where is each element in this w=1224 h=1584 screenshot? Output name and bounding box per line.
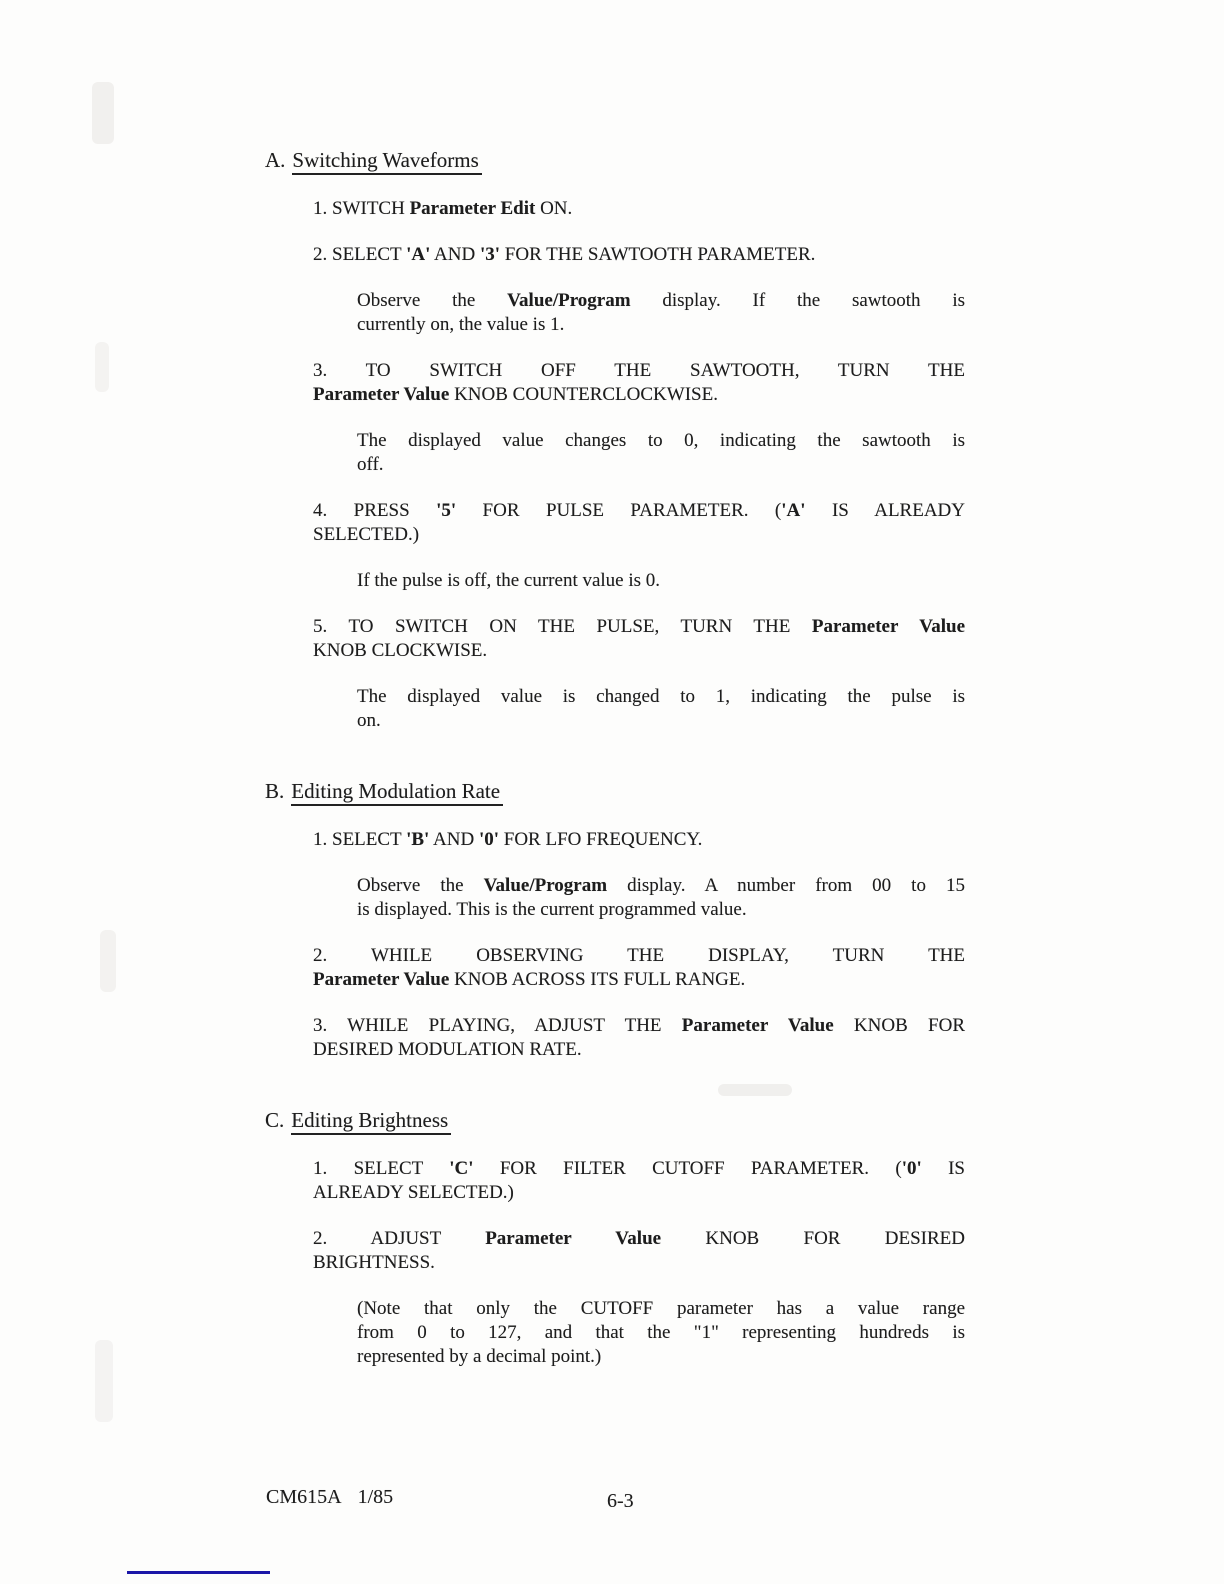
text-line: SELECTED.) bbox=[313, 523, 965, 547]
section-c-heading: C.Editing Brightness bbox=[265, 1107, 965, 1133]
bottom-accent-line bbox=[127, 1571, 270, 1574]
text-segment: display. A number from 00 to 15 bbox=[607, 875, 965, 896]
text-segment: 2. WHILE OBSERVING THE DISPLAY, TURN THE bbox=[313, 945, 965, 966]
text-segment: BRIGHTNESS. bbox=[313, 1252, 435, 1273]
text-segment: FOR PULSE PARAMETER. ( bbox=[456, 500, 781, 521]
text-line: Parameter Value KNOB ACROSS ITS FULL RAN… bbox=[313, 968, 965, 992]
text-line: off. bbox=[357, 453, 965, 477]
section-b-title: Editing Modulation Rate bbox=[291, 779, 503, 806]
section-c-step-1: 1. SELECT 'C' FOR FILTER CUTOFF PARAMETE… bbox=[313, 1157, 965, 1205]
text-segment: display. If the sawtooth is bbox=[631, 290, 965, 311]
scan-artifact bbox=[95, 1340, 113, 1422]
text-segment: Observe the bbox=[357, 290, 507, 311]
text-segment: 2. ADJUST bbox=[313, 1228, 485, 1249]
section-a-step-5: 5. TO SWITCH ON THE PULSE, TURN THE Para… bbox=[313, 615, 965, 663]
text-segment: 1. SELECT bbox=[313, 1158, 449, 1179]
footer-page-number: 6-3 bbox=[607, 1490, 634, 1513]
text-segment: FOR FILTER CUTOFF PARAMETER. ( bbox=[474, 1158, 902, 1179]
text-line: The displayed value changes to 0, indica… bbox=[357, 429, 965, 453]
text-segment: currently on, the value is 1. bbox=[357, 314, 564, 335]
section-b-step-2: 2. WHILE OBSERVING THE DISPLAY, TURN THE… bbox=[313, 944, 965, 992]
text-line: currently on, the value is 1. bbox=[357, 313, 965, 337]
text-segment: 1. SELECT bbox=[313, 829, 406, 850]
text-line: 2. ADJUST Parameter Value KNOB FOR DESIR… bbox=[313, 1227, 965, 1251]
section-a-heading: A.Switching Waveforms bbox=[265, 147, 965, 173]
text-line: Observe the Value/Program display. If th… bbox=[357, 289, 965, 313]
text-line: from 0 to 127, and that the "1" represen… bbox=[357, 1321, 965, 1345]
section-a-note-2: Observe the Value/Program display. If th… bbox=[357, 289, 965, 337]
bold-text-segment: Parameter Value bbox=[485, 1228, 661, 1249]
section-a-letter: A. bbox=[265, 148, 285, 172]
footer-revision-date: 1/85 bbox=[358, 1486, 394, 1508]
text-segment: 3. WHILE PLAYING, ADJUST THE bbox=[313, 1015, 682, 1036]
text-line: 4. PRESS '5' FOR PULSE PARAMETER. ('A' I… bbox=[313, 499, 965, 523]
text-segment: KNOB FOR bbox=[834, 1015, 965, 1036]
text-segment: 5. TO SWITCH ON THE PULSE, TURN THE bbox=[313, 616, 812, 637]
scan-artifact bbox=[95, 342, 109, 392]
text-line: If the pulse is off, the current value i… bbox=[357, 569, 965, 593]
text-line: 3. TO SWITCH OFF THE SAWTOOTH, TURN THE bbox=[313, 359, 965, 383]
text-segment: is displayed. This is the current progra… bbox=[357, 899, 747, 920]
text-segment: on. bbox=[357, 710, 381, 731]
text-segment: DESIRED MODULATION RATE. bbox=[313, 1039, 582, 1060]
text-line: KNOB CLOCKWISE. bbox=[313, 639, 965, 663]
text-line: represented by a decimal point.) bbox=[357, 1345, 965, 1369]
section-b-letter: B. bbox=[265, 779, 284, 803]
scan-artifact bbox=[92, 82, 114, 144]
section-b-note-1: Observe the Value/Program display. A num… bbox=[357, 874, 965, 922]
bold-text-segment: '0' bbox=[479, 829, 499, 850]
text-segment: Observe the bbox=[357, 875, 484, 896]
bold-text-segment: 'B' bbox=[406, 829, 429, 850]
text-segment: off. bbox=[357, 454, 384, 475]
text-line: DESIRED MODULATION RATE. bbox=[313, 1038, 965, 1062]
section-b-heading: B.Editing Modulation Rate bbox=[265, 778, 965, 804]
text-segment: IS bbox=[922, 1158, 965, 1179]
bold-text-segment: '3' bbox=[480, 244, 500, 265]
text-line: 3. WHILE PLAYING, ADJUST THE Parameter V… bbox=[313, 1014, 965, 1038]
section-c-title: Editing Brightness bbox=[291, 1108, 451, 1135]
text-segment: FOR LFO FREQUENCY. bbox=[499, 829, 702, 850]
text-segment: 4. PRESS bbox=[313, 500, 436, 521]
text-line: 2. SELECT 'A' AND '3' FOR THE SAWTOOTH P… bbox=[313, 243, 965, 267]
text-segment: KNOB ACROSS ITS FULL RANGE. bbox=[449, 969, 745, 990]
bold-text-segment: Value/Program bbox=[507, 290, 631, 311]
bold-text-segment: '0' bbox=[902, 1158, 922, 1179]
text-segment: KNOB FOR DESIRED bbox=[661, 1228, 965, 1249]
bold-text-segment: Parameter Edit bbox=[410, 198, 536, 219]
text-segment: represented by a decimal point.) bbox=[357, 1346, 601, 1367]
text-line: 5. TO SWITCH ON THE PULSE, TURN THE Para… bbox=[313, 615, 965, 639]
bold-text-segment: 'A' bbox=[781, 500, 805, 521]
text-segment: (Note that only the CUTOFF parameter has… bbox=[357, 1298, 965, 1319]
section-a-title: Switching Waveforms bbox=[292, 148, 481, 175]
text-segment: 3. TO SWITCH OFF THE SAWTOOTH, TURN THE bbox=[313, 360, 965, 381]
text-line: 1. SELECT 'C' FOR FILTER CUTOFF PARAMETE… bbox=[313, 1157, 965, 1181]
text-segment: The displayed value is changed to 1, ind… bbox=[357, 686, 965, 707]
section-c-note-2: (Note that only the CUTOFF parameter has… bbox=[357, 1297, 965, 1369]
section-a-note-3: The displayed value changes to 0, indica… bbox=[357, 429, 965, 477]
text-segment: KNOB COUNTERCLOCKWISE. bbox=[449, 384, 718, 405]
bold-text-segment: Parameter Value bbox=[313, 969, 449, 990]
section-a-note-5: The displayed value is changed to 1, ind… bbox=[357, 685, 965, 733]
scan-artifact bbox=[100, 930, 116, 992]
text-line: BRIGHTNESS. bbox=[313, 1251, 965, 1275]
text-line: 1. SWITCH Parameter Edit ON. bbox=[313, 197, 965, 221]
page-content: A.Switching Waveforms 1. SWITCH Paramete… bbox=[265, 147, 965, 1391]
section-a-note-4: If the pulse is off, the current value i… bbox=[357, 569, 965, 593]
section-a-step-4: 4. PRESS '5' FOR PULSE PARAMETER. ('A' I… bbox=[313, 499, 965, 547]
text-segment: AND bbox=[429, 829, 479, 850]
text-segment: 2. SELECT bbox=[313, 244, 406, 265]
text-line: is displayed. This is the current progra… bbox=[357, 898, 965, 922]
section-c-letter: C. bbox=[265, 1108, 284, 1132]
text-segment: IS ALREADY bbox=[806, 500, 965, 521]
text-segment: FOR THE SAWTOOTH PARAMETER. bbox=[500, 244, 815, 265]
text-segment: 1. SWITCH bbox=[313, 198, 410, 219]
bold-text-segment: Parameter Value bbox=[812, 616, 965, 637]
text-line: (Note that only the CUTOFF parameter has… bbox=[357, 1297, 965, 1321]
text-line: ALREADY SELECTED.) bbox=[313, 1181, 965, 1205]
bold-text-segment: Parameter Value bbox=[682, 1015, 834, 1036]
text-line: 2. WHILE OBSERVING THE DISPLAY, TURN THE bbox=[313, 944, 965, 968]
bold-text-segment: 'C' bbox=[449, 1158, 473, 1179]
bold-text-segment: Parameter Value bbox=[313, 384, 449, 405]
text-line: 1. SELECT 'B' AND '0' FOR LFO FREQUENCY. bbox=[313, 828, 965, 852]
section-c-step-2: 2. ADJUST Parameter Value KNOB FOR DESIR… bbox=[313, 1227, 965, 1275]
section-a-step-2: 2. SELECT 'A' AND '3' FOR THE SAWTOOTH P… bbox=[313, 243, 965, 267]
footer-doc-id: CM615A1/85 bbox=[266, 1486, 393, 1509]
section-a-step-3: 3. TO SWITCH OFF THE SAWTOOTH, TURN THE … bbox=[313, 359, 965, 407]
section-b-step-3: 3. WHILE PLAYING, ADJUST THE Parameter V… bbox=[313, 1014, 965, 1062]
section-b-step-1: 1. SELECT 'B' AND '0' FOR LFO FREQUENCY. bbox=[313, 828, 965, 852]
text-segment: KNOB CLOCKWISE. bbox=[313, 640, 487, 661]
section-a-step-1: 1. SWITCH Parameter Edit ON. bbox=[313, 197, 965, 221]
text-segment: ON. bbox=[535, 198, 572, 219]
bold-text-segment: '5' bbox=[436, 500, 456, 521]
text-segment: SELECTED.) bbox=[313, 524, 419, 545]
text-line: The displayed value is changed to 1, ind… bbox=[357, 685, 965, 709]
text-segment: The displayed value changes to 0, indica… bbox=[357, 430, 965, 451]
text-segment: AND bbox=[430, 244, 480, 265]
footer-model-number: CM615A bbox=[266, 1486, 342, 1508]
text-segment: If the pulse is off, the current value i… bbox=[357, 570, 660, 591]
text-line: Parameter Value KNOB COUNTERCLOCKWISE. bbox=[313, 383, 965, 407]
manual-page: A.Switching Waveforms 1. SWITCH Paramete… bbox=[0, 0, 1224, 1584]
bold-text-segment: 'A' bbox=[406, 244, 430, 265]
text-line: Observe the Value/Program display. A num… bbox=[357, 874, 965, 898]
bold-text-segment: Value/Program bbox=[484, 875, 608, 896]
text-segment: ALREADY SELECTED.) bbox=[313, 1182, 514, 1203]
text-segment: from 0 to 127, and that the "1" represen… bbox=[357, 1322, 965, 1343]
text-line: on. bbox=[357, 709, 965, 733]
